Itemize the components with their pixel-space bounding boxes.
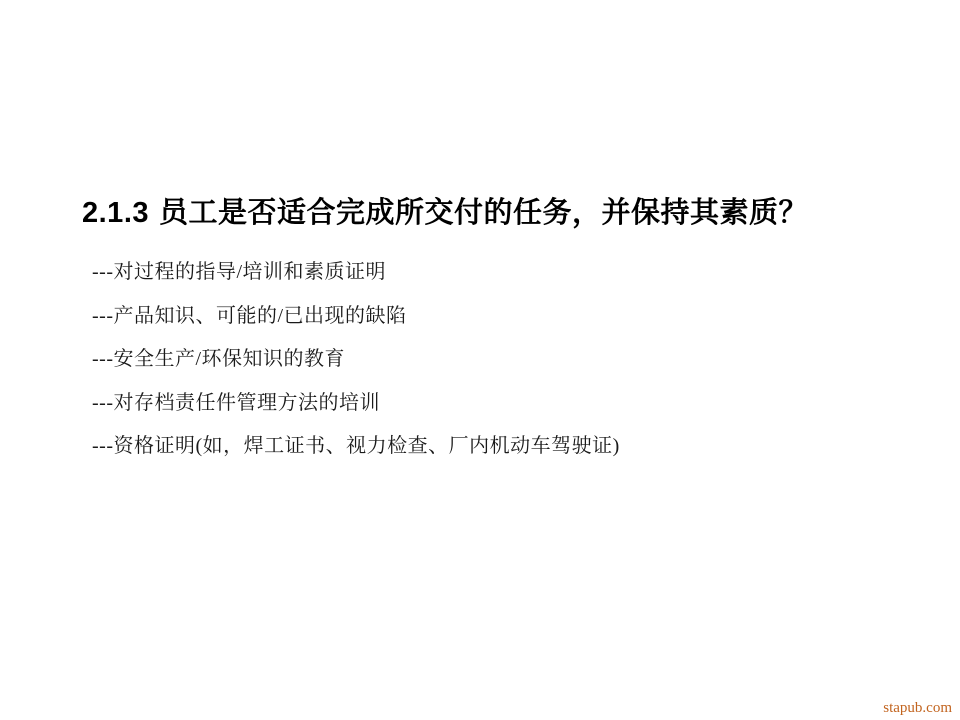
list-item: ---对过程的指导/培训和素质证明	[92, 258, 620, 286]
list-item: ---产品知识、可能的/已出现的缺陷	[92, 302, 620, 330]
slide-canvas: 2.1.3员工是否适合完成所交付的任务，并保持其素质？ ---对过程的指导/培训…	[0, 0, 960, 720]
title-text: 员工是否适合完成所交付的任务，并保持其素质？	[159, 197, 808, 229]
list-item: ---安全生产/环保知识的教育	[92, 345, 620, 373]
page-title: 2.1.3员工是否适合完成所交付的任务，并保持其素质？	[82, 190, 808, 231]
bullet-list: ---对过程的指导/培训和素质证明 ---产品知识、可能的/已出现的缺陷 ---…	[92, 258, 620, 476]
watermark: stapub.com	[883, 700, 952, 717]
list-item: ---对存档责任件管理方法的培训	[92, 389, 620, 417]
list-item: ---资格证明(如，焊工证书、视力检查、厂内机动车驾驶证)	[92, 432, 620, 460]
section-number: 2.1.3	[82, 197, 149, 229]
